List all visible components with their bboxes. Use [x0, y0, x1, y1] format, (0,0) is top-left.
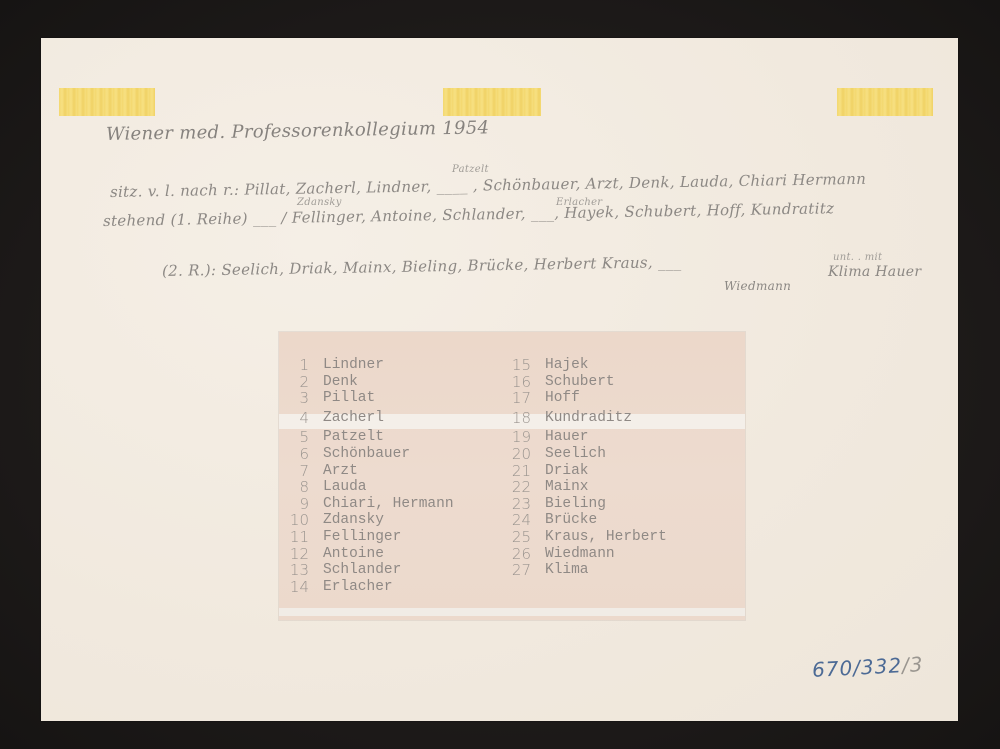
list-item: 14Erlacher — [289, 579, 454, 596]
typed-name-card: 1Lindner 2Denk 3Pillat 4Zacherl 5Patzelt… — [279, 332, 745, 620]
handwritten-insertion-patzelt: Patzelt — [452, 164, 489, 175]
list-item: 26Wiedmann — [511, 546, 667, 563]
list-item: 10Zdansky — [289, 512, 454, 529]
archive-number-suffix: /3 — [901, 652, 924, 677]
name-list-left-column: 1Lindner 2Denk 3Pillat 4Zacherl 5Patzelt… — [289, 357, 454, 595]
list-item: 15Hajek — [511, 357, 667, 374]
list-item: 23Bieling — [511, 496, 667, 513]
list-item: 9Chiari, Hermann — [289, 496, 454, 513]
handwritten-insertion-zdansky: Zdansky — [297, 197, 342, 208]
adhesive-tape-middle — [443, 88, 541, 116]
handwritten-small-note: unt. . mit — [833, 252, 882, 263]
list-item: 7Arzt — [289, 463, 454, 480]
handwritten-insertion-wiedmann: Wiedmann — [724, 279, 791, 293]
list-item: 21Driak — [511, 463, 667, 480]
list-item: 22Mainx — [511, 479, 667, 496]
list-item: 4Zacherl — [289, 410, 454, 427]
list-item: 18Kundraditz — [511, 410, 667, 427]
list-item: 16Schubert — [511, 374, 667, 391]
list-item: 13Schlander — [289, 562, 454, 579]
handwritten-extra-names: Klima Hauer — [828, 264, 921, 280]
adhesive-tape-right — [837, 88, 933, 116]
list-item: 6Schönbauer — [289, 446, 454, 463]
list-item: 3Pillat — [289, 390, 454, 407]
list-item: 17Hoff — [511, 390, 667, 407]
list-item: 19Hauer — [511, 429, 667, 446]
list-item: 12Antoine — [289, 546, 454, 563]
card-bottom-band — [279, 608, 745, 616]
adhesive-tape-left — [59, 88, 155, 116]
list-item: 24Brücke — [511, 512, 667, 529]
list-item: 8Lauda — [289, 479, 454, 496]
name-list-right-column: 15Hajek 16Schubert 17Hoff 18Kundraditz 1… — [511, 357, 667, 579]
list-item: 20Seelich — [511, 446, 667, 463]
list-item: 25Kraus, Herbert — [511, 529, 667, 546]
list-item: 27Klima — [511, 562, 667, 579]
list-item: 5Patzelt — [289, 429, 454, 446]
list-item: 2Denk — [289, 374, 454, 391]
list-item: 1Lindner — [289, 357, 454, 374]
list-item: 11Fellinger — [289, 529, 454, 546]
archive-number-main: 670/332 — [811, 653, 902, 682]
